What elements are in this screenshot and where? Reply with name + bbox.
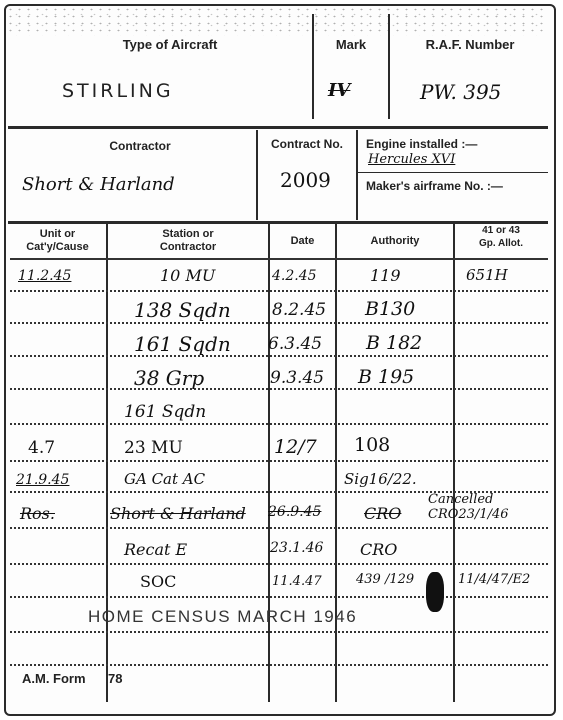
row-authority: 439 /129 bbox=[356, 572, 414, 587]
engine-installed-label: Engine installed :— bbox=[366, 138, 477, 151]
divider bbox=[358, 172, 548, 173]
section-divider bbox=[8, 126, 548, 129]
column-header-station: Station orContractor bbox=[108, 228, 268, 254]
mark-label: Mark bbox=[318, 38, 384, 51]
column-header-allot: 41 or 43Gp. Allot. bbox=[455, 224, 547, 250]
row-date: 8.2.45 bbox=[272, 300, 326, 320]
contract-no-value: 2009 bbox=[280, 168, 331, 192]
row-authority: B 182 bbox=[366, 332, 422, 354]
contractor-value: Short & Harland bbox=[22, 174, 175, 195]
header-line: Gp. Allot. bbox=[479, 238, 523, 249]
header-line: 41 or 43 bbox=[482, 225, 520, 236]
header-line: Contractor bbox=[160, 241, 216, 253]
row-station: 138 Sqdn bbox=[134, 298, 231, 322]
row-date: 4.2.45 bbox=[272, 268, 317, 284]
contract-no-label: Contract No. bbox=[258, 138, 356, 151]
header-line: Unit or bbox=[40, 228, 75, 240]
row-authority: CRO bbox=[360, 540, 397, 559]
row-rule bbox=[10, 322, 548, 324]
row-allot-cancelled-note: Cancelled CRO23/1/46 bbox=[428, 492, 556, 522]
row-rule bbox=[10, 631, 548, 633]
row-rule bbox=[10, 388, 548, 390]
row-unit: Ros. bbox=[20, 504, 55, 523]
raf-number-label: R.A.F. Number bbox=[395, 38, 545, 51]
type-of-aircraft-label: Type of Aircraft bbox=[60, 38, 280, 51]
mark-value: IV bbox=[328, 80, 350, 101]
row-unit: 21.9.45 bbox=[16, 472, 69, 488]
row-station: 161 Sqdn bbox=[124, 402, 206, 422]
row-station: 10 MU bbox=[160, 266, 215, 285]
raf-number-value: PW. 395 bbox=[420, 80, 501, 104]
row-allot: 651H bbox=[466, 266, 508, 284]
row-authority: 108 bbox=[354, 434, 390, 456]
row-rule bbox=[10, 460, 548, 462]
engine-installed-value: Hercules XVI bbox=[368, 152, 455, 167]
header-underline bbox=[10, 258, 548, 260]
divider bbox=[388, 14, 390, 119]
column-header-date: Date bbox=[270, 235, 335, 248]
row-date: 23.1.46 bbox=[270, 540, 323, 556]
row-date: 11.4.47 bbox=[272, 574, 322, 589]
row-unit: 11.2.45 bbox=[18, 268, 71, 284]
scan-noise bbox=[6, 6, 546, 36]
row-station: 161 Sqdn bbox=[134, 332, 231, 356]
row-authority: B130 bbox=[365, 298, 415, 320]
row-station: GA Cat AC bbox=[124, 470, 205, 488]
row-rule bbox=[10, 290, 548, 292]
divider bbox=[356, 130, 358, 220]
row-station: Recat E bbox=[124, 540, 187, 559]
form-number-label: A.M. Form bbox=[22, 672, 86, 685]
row-date: 6.3.45 bbox=[268, 334, 322, 354]
row-rule bbox=[10, 563, 548, 565]
row-station: SOC bbox=[140, 572, 176, 591]
row-authority: CRO bbox=[364, 504, 401, 523]
divider bbox=[312, 14, 314, 119]
row-rule bbox=[10, 596, 548, 598]
column-header-authority: Authority bbox=[337, 235, 453, 248]
row-date: 12/7 bbox=[274, 436, 317, 458]
contractor-label: Contractor bbox=[40, 140, 240, 153]
row-station: 38 Grp bbox=[134, 366, 204, 390]
column-header-unit: Unit orCat'y/Cause bbox=[10, 228, 105, 254]
row-station: Short & Harland bbox=[110, 504, 246, 523]
header-line: Cat'y/Cause bbox=[26, 241, 89, 253]
row-authority: Sig16/22. bbox=[344, 470, 417, 488]
row-rule bbox=[10, 527, 548, 529]
row-authority: B 195 bbox=[358, 366, 414, 388]
row-rule bbox=[10, 355, 548, 357]
row-authority: 119 bbox=[370, 266, 401, 285]
row-station: 23 MU bbox=[124, 438, 183, 458]
header-line: Station or bbox=[162, 228, 213, 240]
row-date: 26.9.45 bbox=[268, 504, 321, 520]
row-date: 9.3.45 bbox=[270, 368, 324, 388]
row-allot: 11/4/47/E2 bbox=[458, 572, 530, 587]
ink-blot bbox=[426, 572, 444, 612]
makers-airframe-label: Maker's airframe No. :— bbox=[366, 180, 503, 193]
row-unit: 4.7 bbox=[28, 438, 55, 458]
home-census-stamp: HOME CENSUS MARCH 1946 bbox=[88, 607, 357, 627]
type-of-aircraft-value: STIRLING bbox=[62, 80, 174, 102]
row-rule bbox=[10, 664, 548, 666]
form-number: 78 bbox=[108, 672, 122, 685]
row-rule bbox=[10, 423, 548, 425]
